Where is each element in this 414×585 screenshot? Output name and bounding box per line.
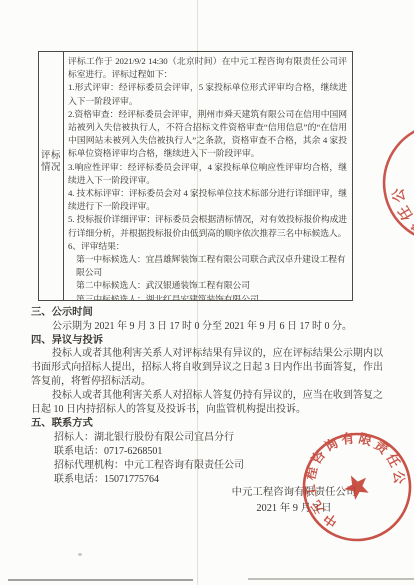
evaluation-step-2: 2.资格审查：经评标委员会评审，荆州市舜天建筑有限公司在信用中国网站被列入失信被… <box>68 108 347 161</box>
signature-company: 中元工程咨询有限责任公司 <box>230 485 358 501</box>
evaluation-step-3: 3.响应性评审：经评标委员会评审，4 家投标单位响应性评审均合格，继续进入下一阶… <box>68 161 347 187</box>
evaluation-status-label-cell: 评标情况 <box>39 52 64 300</box>
agency-line: 招标代理机构：中元工程咨询有限责任公司 <box>31 459 383 473</box>
objection-paragraph-1: 投标人或者其他利害关系人对评标结果有异议的，应在评标结果公示期内以书面形式向招标… <box>31 347 383 388</box>
publicity-period-text: 公示期为 2021 年 9 月 3 日 17 时 0 分至 2021 年 9 月… <box>31 320 383 334</box>
evaluation-table: 评标情况 评标工作于 2021/9/2 14:30（北京时间）在中元工程咨询有限… <box>38 51 353 301</box>
evaluation-step-4: 4. 技术标评审：评标委员会对 4 家投标单位技术标部分进行详细评审，继续进行下… <box>68 187 347 213</box>
evaluation-details-cell: 评标工作于 2021/9/2 14:30（北京时间）在中元工程咨询有限责任公司评… <box>64 52 352 300</box>
third-candidate: 第三中标候选人：湖北红昌宏建筑装饰有限公司 <box>68 293 347 300</box>
scan-speck <box>78 553 82 556</box>
contact-heading: 五、联系方式 <box>31 417 383 431</box>
svg-text:中元工程咨询有限责任公司: 中元工程咨询有限责任公司 <box>381 117 414 285</box>
row-label: 评标情况 <box>41 150 61 175</box>
contact-section: 五、联系方式 招标人：湖北银行股份有限公司宜昌分行 联系电话：0717-6268… <box>31 417 383 486</box>
scan-edge-artifact-left <box>8 579 193 581</box>
tenderer-line: 招标人：湖北银行股份有限公司宜昌分行 <box>31 431 383 445</box>
evaluation-step-1: 1.形式评审：经评标委员会评审，5 家投标单位形式评审均合格，继续进入下一阶段评… <box>68 81 347 107</box>
first-candidate: 第一中标候选人：宜昌雄辉装饰工程有限公司联合武汉卓升建设工程有限公司 <box>68 253 347 279</box>
scan-edge-artifact-right <box>248 578 414 580</box>
evaluation-result-heading: 6、评审结果： <box>68 240 347 253</box>
evaluation-step-5: 5. 投标报价详细评审：评标委员会根据清标情况，对有效投标报价构成进行详细分析，… <box>68 213 347 239</box>
evaluation-intro: 评标工作于 2021/9/2 14:30（北京时间）在中元工程咨询有限责任公司评… <box>68 55 347 81</box>
publicity-period-heading: 三、公示时间 <box>31 306 383 320</box>
second-candidate: 第二中标候选人：武汉银通装饰工程有限公司 <box>68 279 347 292</box>
tenderer-phone-line: 联系电话：0717-6268501 <box>31 445 383 459</box>
signature-date: 2021 年 9 月 3 日 <box>230 501 358 517</box>
document-body: 三、公示时间 公示期为 2021 年 9 月 3 日 17 时 0 分至 202… <box>31 306 383 486</box>
signature-block: 中元工程咨询有限责任公司 2021 年 9 月 3 日 <box>230 485 358 516</box>
objection-heading: 四、异议与投诉 <box>31 334 383 348</box>
scanned-document-page: 评标情况 评标工作于 2021/9/2 14:30（北京时间）在中元工程咨询有限… <box>0 0 414 585</box>
objection-paragraph-2: 投标人或者其他利害关系人对招标人答复仍持有异议的，应当在收到答复之日起 10 日… <box>31 389 383 417</box>
